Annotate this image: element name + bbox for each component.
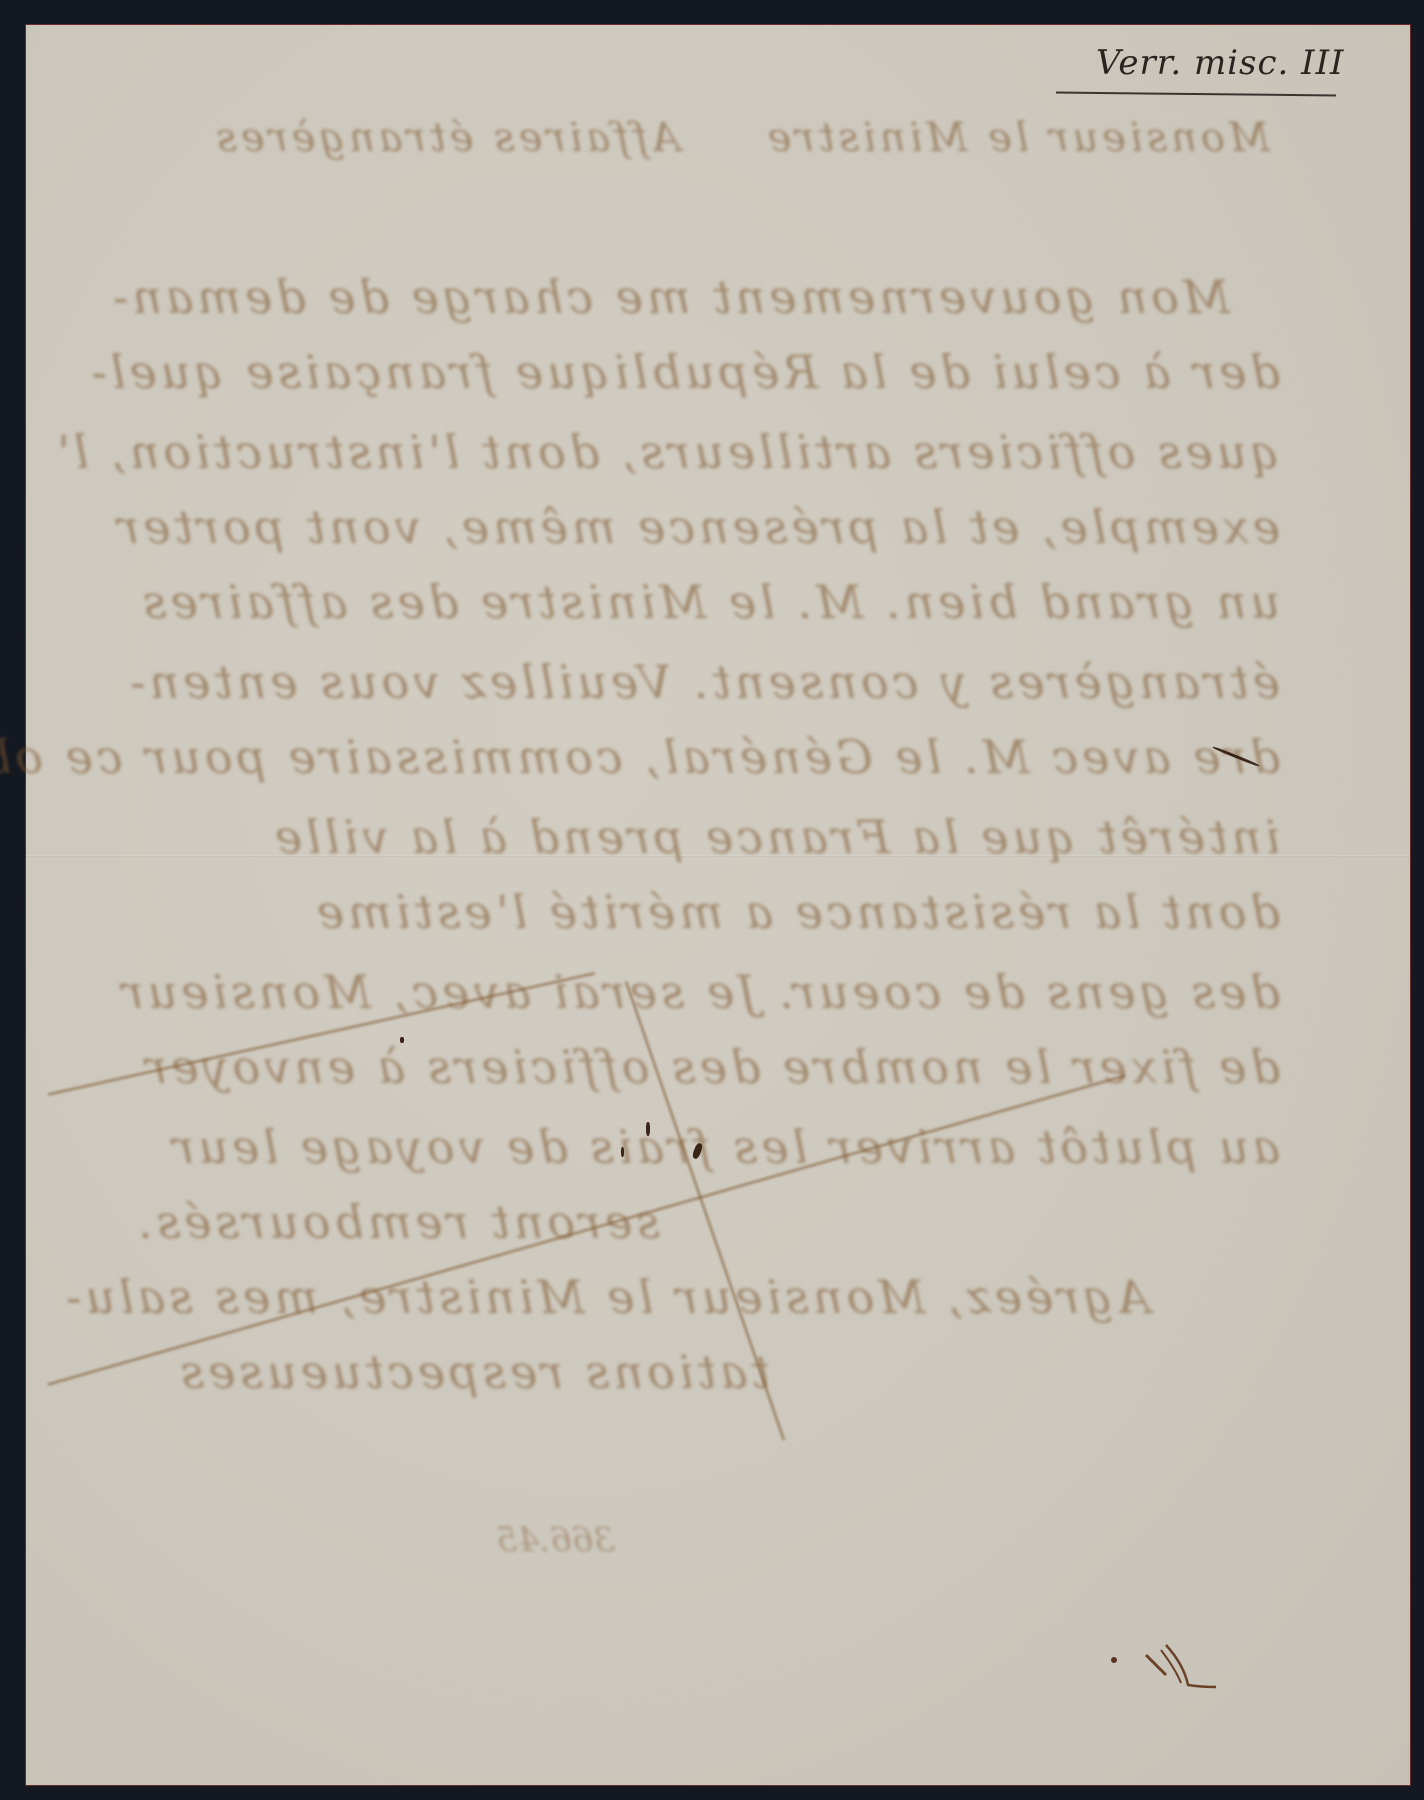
bleed-line: des gens de coeur. Je serai avec, Monsie… [118, 965, 1280, 1019]
bleed-heading-left: Affaires étrangères [212, 115, 680, 161]
bleed-line: ques officiers artilleurs, dont l'instru… [53, 425, 1280, 479]
bleed-line: un grand bien. M. le Ministre des affair… [139, 575, 1280, 629]
bleed-line: intérêt que la France prend à la ville [271, 810, 1280, 864]
bleed-line: dont la résistance a mérité l'estime [313, 885, 1280, 939]
ink-spot [646, 1122, 650, 1136]
ink-spot [621, 1147, 624, 1157]
bleed-line: seront remboursés. [134, 1195, 660, 1249]
bleed-line: dre avec M. le Général, commissaire pour… [0, 730, 1280, 784]
ink-flourish-icon [1106, 1625, 1236, 1705]
bleed-line: tations respectueuses [177, 1345, 770, 1399]
document-page: Verr. misc. III Affaires étrangères Mons… [26, 25, 1410, 1785]
bleed-heading-right: Monsieur le Ministre [764, 115, 1270, 161]
ink-spot [400, 1037, 404, 1043]
bleed-line: au plutôt arriver les frais de voyage le… [169, 1120, 1280, 1174]
bleed-line: étrangères y consent. Veuillez vous ente… [126, 655, 1280, 709]
bleed-line: exemple, et la présence même, vont porte… [113, 500, 1280, 554]
bleed-line: der à celui de la République française q… [87, 345, 1280, 399]
bleed-numeral: 366.45 [496, 1520, 615, 1560]
bleed-line: Mon gouvernement me charge de deman- [109, 270, 1230, 324]
bleed-line: de fixer le nombre des officiers à envoy… [141, 1040, 1280, 1094]
ink-bleed-through: Affaires étrangères Monsieur le Ministre… [26, 25, 1410, 1785]
bleed-line: Agréez, Monsieur le Ministre, mes salu- [62, 1270, 1150, 1324]
